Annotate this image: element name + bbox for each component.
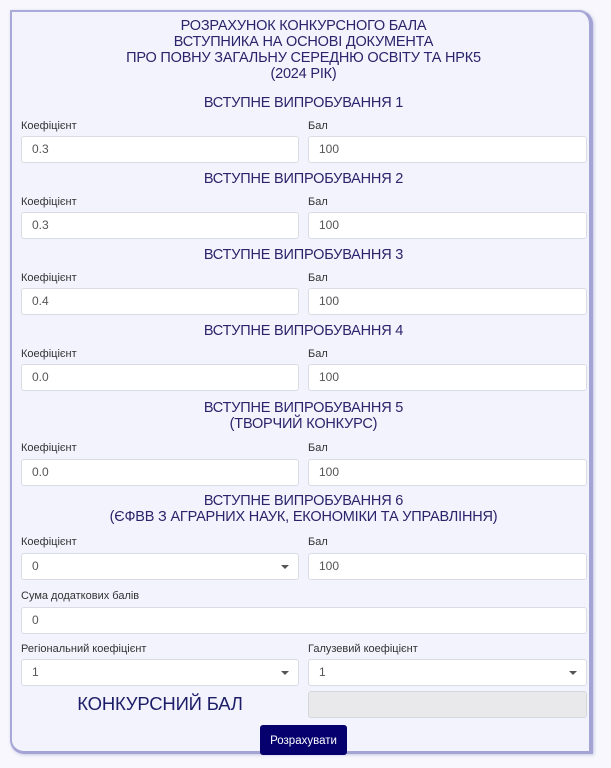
exam-4-coef-input[interactable]: 0.0 — [21, 364, 299, 391]
exam-5-score-input[interactable]: 100 — [308, 459, 587, 486]
exam-2-coef-label: Коефіцієнт — [21, 196, 77, 209]
exam-4-title: ВСТУПНЕ ВИПРОБУВАННЯ 4 — [12, 323, 595, 339]
exam-5-title-main: ВСТУПНЕ ВИПРОБУВАННЯ 5 — [12, 400, 595, 416]
exam-6-score-label: Бал — [308, 536, 328, 549]
regional-coef-label: Регіональний коефіцієнт — [21, 643, 146, 656]
chevron-down-icon — [569, 671, 577, 675]
exam-3-coef-label: Коефіцієнт — [21, 272, 77, 285]
exam-4-score-input[interactable]: 100 — [308, 364, 587, 391]
calculate-button[interactable]: Розрахувати — [260, 725, 347, 755]
exam-3-score-input[interactable]: 100 — [308, 288, 587, 315]
exam-5-title: ВСТУПНЕ ВИПРОБУВАННЯ 5 (ТВОРЧИЙ КОНКУРС) — [12, 400, 595, 432]
exam-6-coef-select[interactable]: 0 — [21, 553, 299, 580]
exam-3-coef-input[interactable]: 0.4 — [21, 288, 299, 315]
chevron-down-icon — [281, 565, 289, 569]
exam-1-title: ВСТУПНЕ ВИПРОБУВАННЯ 1 — [12, 95, 595, 111]
exam-3-score-label: Бал — [308, 272, 328, 285]
title-line-4: (2024 РІК) — [12, 66, 595, 82]
exam-2-score-input[interactable]: 100 — [308, 212, 587, 239]
exam-4-coef-label: Коефіцієнт — [21, 348, 77, 361]
extra-points-label: Сума додаткових балів — [21, 590, 139, 603]
industry-coef-value: 1 — [319, 665, 326, 679]
exam-2-coef-input[interactable]: 0.3 — [21, 212, 299, 239]
page-title: РОЗРАХУНОК КОНКУРСНОГО БАЛА ВСТУПНИКА НА… — [12, 18, 595, 82]
exam-5-coef-input[interactable]: 0.0 — [21, 459, 299, 486]
exam-6-coef-value: 0 — [32, 559, 39, 573]
exam-5-title-sub: (ТВОРЧИЙ КОНКУРС) — [12, 416, 595, 432]
exam-5-score-label: Бал — [308, 442, 328, 455]
title-line-3: ПРО ПОВНУ ЗАГАЛЬНУ СЕРЕДНЮ ОСВІТУ ТА НРК… — [12, 50, 595, 66]
competitive-score-output — [308, 691, 587, 718]
exam-6-coef-label: Коефіцієнт — [21, 536, 77, 549]
exam-1-score-label: Бал — [308, 120, 328, 133]
exam-1-coef-label: Коефіцієнт — [21, 120, 77, 133]
exam-5-coef-label: Коефіцієнт — [21, 442, 77, 455]
regional-coef-select[interactable]: 1 — [21, 659, 299, 686]
industry-coef-select[interactable]: 1 — [308, 659, 587, 686]
exam-6-title-main: ВСТУПНЕ ВИПРОБУВАННЯ 6 — [12, 493, 595, 509]
extra-points-input[interactable]: 0 — [21, 607, 587, 634]
exam-1-score-input[interactable]: 100 — [308, 136, 587, 163]
industry-coef-label: Галузевий коефіцієнт — [308, 643, 418, 656]
exam-2-title: ВСТУПНЕ ВИПРОБУВАННЯ 2 — [12, 171, 595, 187]
exam-3-title: ВСТУПНЕ ВИПРОБУВАННЯ 3 — [12, 247, 595, 263]
exam-6-title: ВСТУПНЕ ВИПРОБУВАННЯ 6 (ЄФВВ З АГРАРНИХ … — [12, 493, 595, 525]
title-line-2: ВСТУПНИКА НА ОСНОВІ ДОКУМЕНТА — [12, 34, 595, 50]
exam-2-score-label: Бал — [308, 196, 328, 209]
exam-1-coef-input[interactable]: 0.3 — [21, 136, 299, 163]
exam-4-score-label: Бал — [308, 348, 328, 361]
regional-coef-value: 1 — [32, 665, 39, 679]
title-line-1: РОЗРАХУНОК КОНКУРСНОГО БАЛА — [12, 18, 595, 34]
exam-6-title-sub: (ЄФВВ З АГРАРНИХ НАУК, ЕКОНОМІКИ ТА УПРА… — [12, 509, 595, 525]
competitive-score-label: КОНКУРСНИЙ БАЛ — [21, 693, 299, 715]
calculator-card: РОЗРАХУНОК КОНКУРСНОГО БАЛА ВСТУПНИКА НА… — [10, 10, 593, 754]
chevron-down-icon — [281, 671, 289, 675]
exam-6-score-input[interactable]: 100 — [308, 553, 587, 580]
